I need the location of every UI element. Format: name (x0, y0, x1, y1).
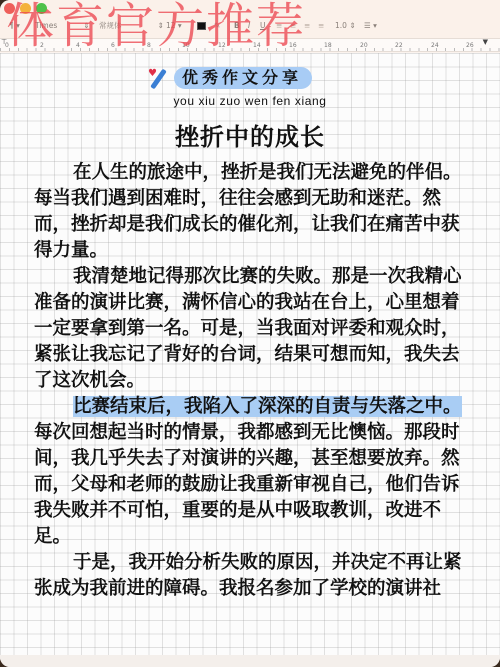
text-line: 得力量。 (34, 238, 474, 264)
highlighted-text[interactable]: 比赛结束后，我陷入了深深的自责与失落之中。 (73, 396, 462, 417)
font-size-value: 12 (166, 21, 176, 30)
chevron-updown-icon: ⇕ (83, 21, 89, 30)
share-badge: ♥ 优秀作文分享 (148, 65, 312, 90)
ruler-minor-ticks (0, 48, 500, 51)
paragraph-icon: ¶ (9, 21, 14, 30)
bold-button[interactable]: B (234, 19, 240, 33)
align-right-button[interactable]: ≡ (304, 19, 310, 33)
maximize-window-button[interactable] (36, 3, 47, 14)
text-color-swatch[interactable] (197, 22, 206, 30)
text-line: 而，父母和老师的鼓励让我重新审视自己，他们告诉 (34, 472, 474, 498)
title-bar: ¶ ▾ Times⇕ 常规体⇕ 12 ▾ ✎ B I U ≡ ≡ ≡ ≡ 1.0… (0, 0, 500, 38)
text-line: 每当我们遇到困难时，往往会感到无助和迷茫。然 (34, 186, 474, 212)
line-spacing-value: 1.0 (335, 21, 347, 30)
align-left-button[interactable]: ≡ (276, 19, 282, 33)
font-size-dropdown[interactable]: 12 ▾ (166, 19, 182, 33)
text-line: 间，我几乎失去了对演讲的兴趣，甚至想要放弃。然 (34, 446, 474, 472)
essay-title: 挫折中的成长 (0, 117, 500, 152)
text-line: 每次回想起当时的情景，我都感到无比懊恼。那段时 (34, 420, 474, 446)
line-spacing-dropdown[interactable]: 1.0 ⇕ (335, 19, 356, 33)
text-line: 张成为我前进的障碍。我报名参加了学校的演讲社 (34, 576, 474, 602)
text-line: 在人生的旅途中，挫折是我们无法避免的伴侣。 (34, 160, 474, 186)
chevron-updown-icon: ⇕ (158, 21, 164, 30)
font-style-value: 常规体 (99, 21, 122, 30)
badge-label: 优秀作文分享 (174, 67, 312, 89)
align-justify-button[interactable]: ≡ (318, 19, 324, 33)
underline-button[interactable]: U (260, 19, 266, 33)
text-line: 足。 (34, 524, 474, 550)
minimize-window-button[interactable] (20, 3, 31, 14)
pinyin-subtitle: you xiu zuo wen fen xiang (0, 94, 500, 108)
window-bottom-edge (0, 655, 500, 667)
text-line: 准备的演讲比赛，满怀信心的我站在台上，心里想着 (34, 290, 474, 316)
align-center-button[interactable]: ≡ (290, 19, 296, 33)
heart-pen-icon: ♥ (148, 66, 174, 90)
right-indent-marker[interactable]: ▼ (483, 38, 488, 46)
ruler: ⊤ 0 2 4 6 8 10 12 14 16 18 20 22 24 26 ▼ (0, 38, 500, 52)
list-icon: ☰ (364, 21, 371, 30)
italic-button[interactable]: I (248, 19, 250, 33)
text-line: 我清楚地记得那次比赛的失败。那是一次我精心 (34, 264, 474, 290)
text-line: 于是，我开始分析失败的原因，并决定不再让紧 (34, 550, 474, 576)
paragraph-style-dropdown[interactable]: ¶ ▾ (9, 19, 20, 33)
font-family-dropdown[interactable]: Times⇕ (35, 19, 90, 33)
text-line: 我失败并不可怕，重要的是从中吸取教训，改进不 (34, 498, 474, 524)
close-window-button[interactable] (4, 3, 15, 14)
word-processor-window: ¶ ▾ Times⇕ 常规体⇕ 12 ▾ ✎ B I U ≡ ≡ ≡ ≡ 1.0… (0, 0, 500, 667)
essay-body[interactable]: 在人生的旅途中，挫折是我们无法避免的伴侣。 每当我们遇到困难时，往往会感到无助和… (34, 160, 474, 602)
traffic-lights (4, 3, 47, 14)
text-line: 而，挫折却是我们成长的催化剂，让我们在痛苦中获 (34, 212, 474, 238)
font-style-dropdown[interactable]: 常规体⇕ (99, 19, 164, 33)
list-dropdown[interactable]: ☰ ▾ (364, 19, 377, 33)
format-toolbar: ¶ ▾ Times⇕ 常规体⇕ 12 ▾ ✎ B I U ≡ ≡ ≡ ≡ 1.0… (0, 19, 500, 33)
highlighted-line-wrapper: 比赛结束后，我陷入了深深的自责与失落之中。 (34, 394, 474, 420)
text-line: 一定要拿到第一名。可是，当我面对评委和观众时， (34, 316, 474, 342)
text-line: 紧张让我忘记了背好的台词，结果可想而知，我失去 (34, 342, 474, 368)
font-family-value: Times (35, 21, 57, 30)
highlight-pen-icon[interactable]: ✎ (214, 19, 220, 33)
text-line: 了这次机会。 (34, 368, 474, 394)
